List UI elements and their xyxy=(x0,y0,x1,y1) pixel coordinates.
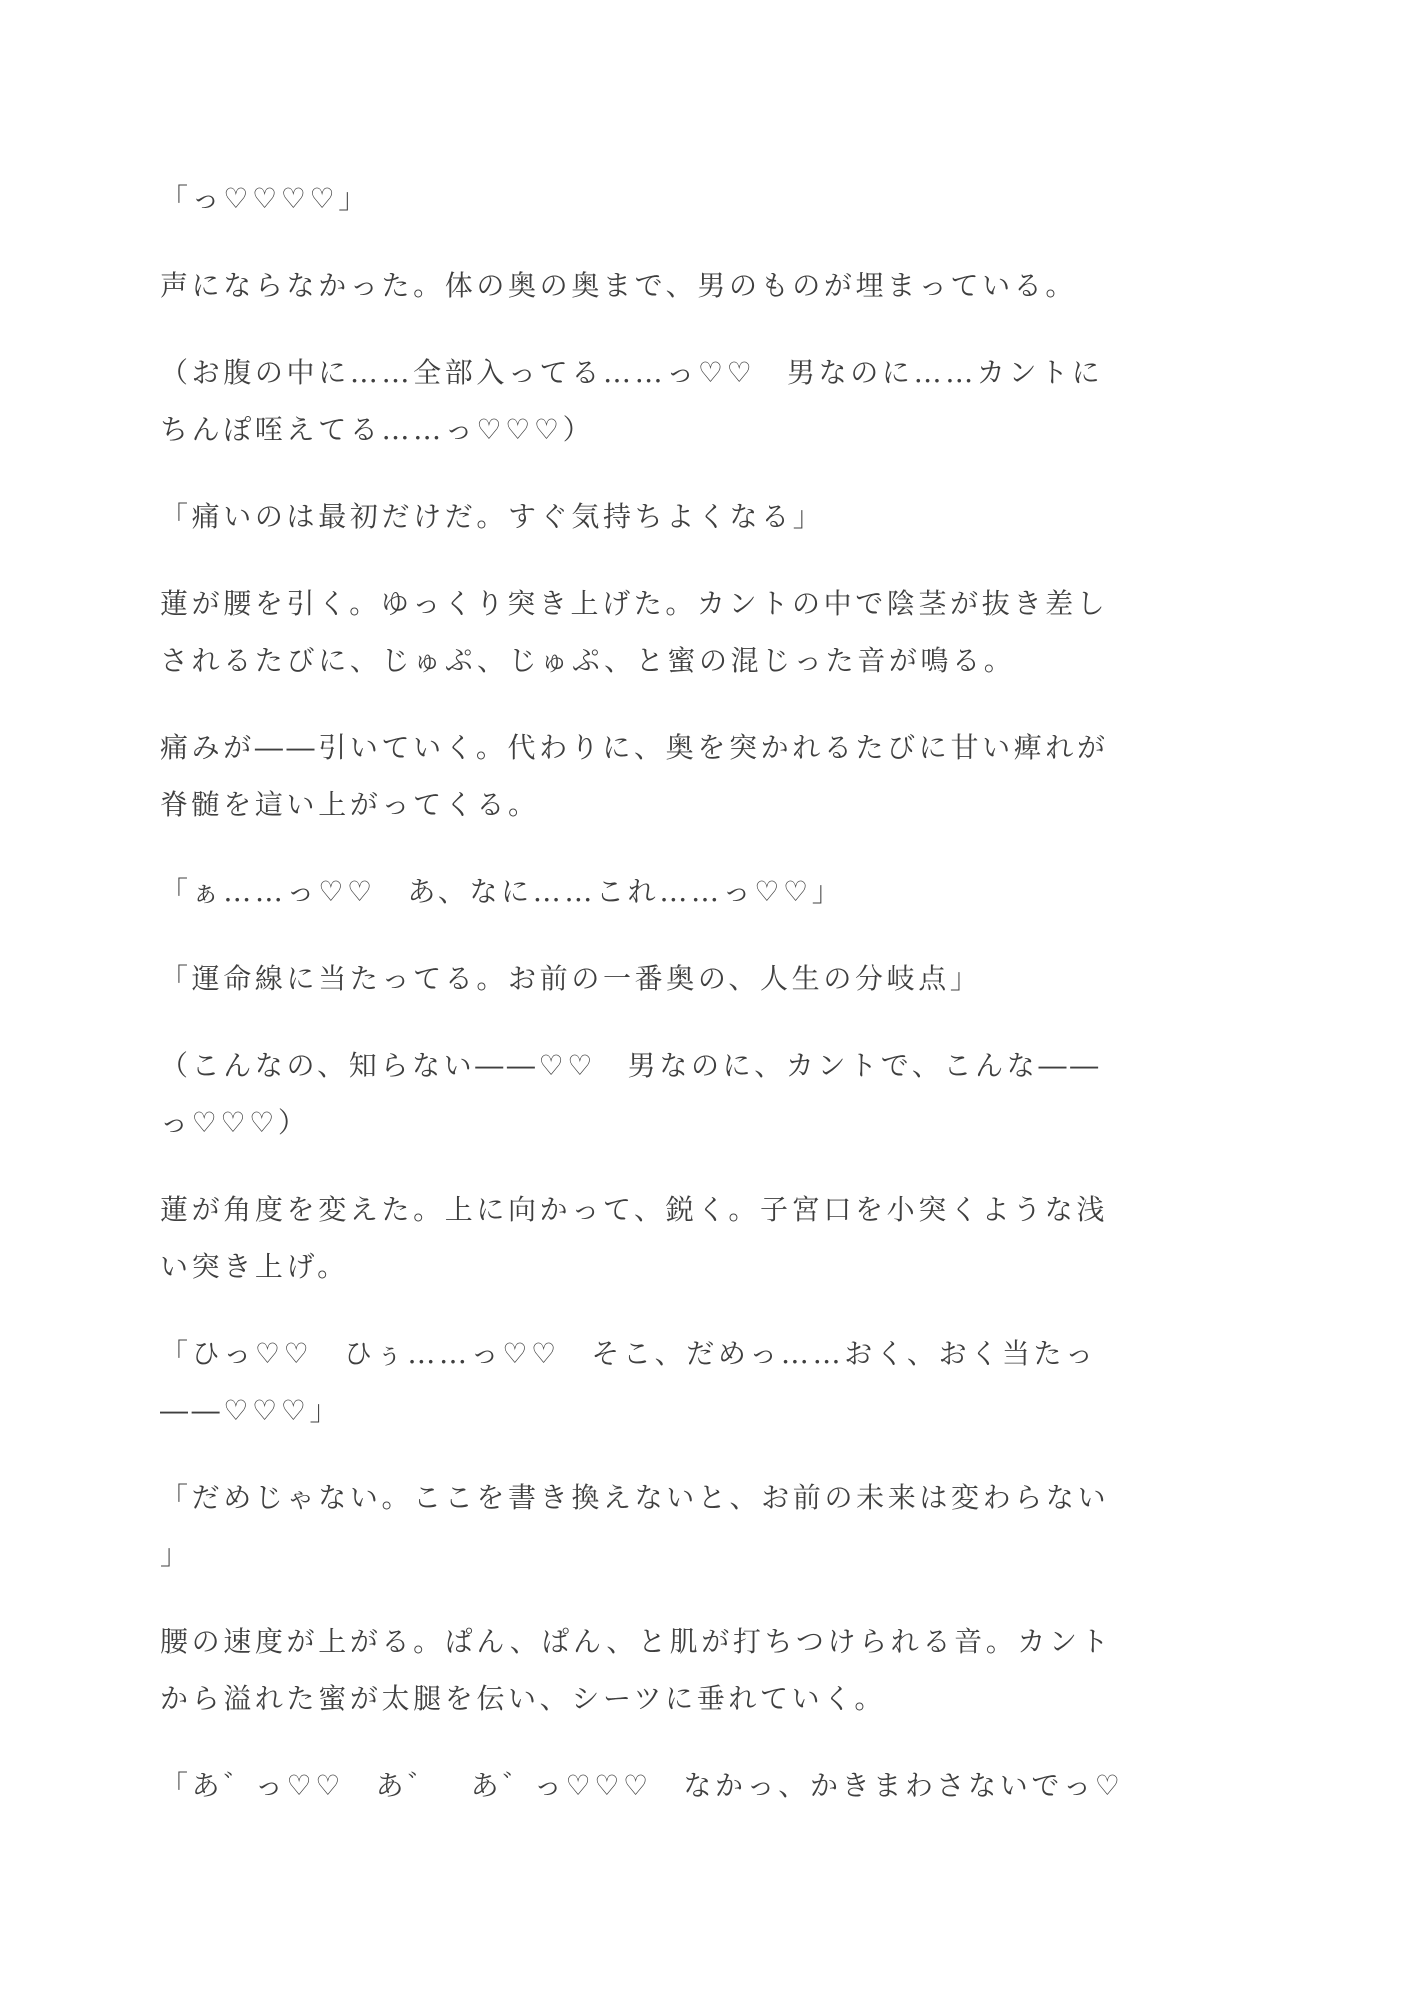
paragraph-2: 声にならなかった。体の奥の奥まで、男のものが埋まっている。 xyxy=(160,257,1355,314)
document-page: 「っ♡♡♡♡」 声にならなかった。体の奥の奥まで、男のものが埋まっている。 （お… xyxy=(0,0,1415,2000)
paragraph-9: （こんなの、知らない――♡♡ 男なのに、カントで、こんな―― っ♡♡♡） xyxy=(160,1037,1355,1151)
paragraph-8: 「運命線に当たってる。お前の一番奥の、人生の分岐点」 xyxy=(160,950,1355,1007)
paragraph-11: 「ひっ♡♡ ひぅ……っ♡♡ そこ、だめっ……おく、おく当たっ ――♡♡♡」 xyxy=(160,1325,1355,1439)
paragraph-10: 蓮が角度を変えた。上に向かって、鋭く。子宮口を小突くような浅 い突き上げ。 xyxy=(160,1181,1355,1295)
paragraph-3: （お腹の中に……全部入ってる……っ♡♡ 男なのに……カントに ちんぽ咥えてる……… xyxy=(160,344,1355,458)
paragraph-7: 「ぁ……っ♡♡ あ、なに……これ……っ♡♡」 xyxy=(160,863,1355,920)
paragraph-14: 「あ゛っ♡♡ あ゛ あ゛っ♡♡♡ なかっ、かきまわさないでっ♡ xyxy=(160,1757,1355,1814)
paragraph-12: 「だめじゃない。ここを書き換えないと、お前の未来は変わらない 」 xyxy=(160,1469,1355,1583)
paragraph-4: 「痛いのは最初だけだ。すぐ気持ちよくなる」 xyxy=(160,488,1355,545)
paragraph-6: 痛みが――引いていく。代わりに、奥を突かれるたびに甘い痺れが 脊髄を這い上がって… xyxy=(160,719,1355,833)
paragraph-13: 腰の速度が上がる。ぱん、ぱん、と肌が打ちつけられる音。カント から溢れた蜜が太腿… xyxy=(160,1613,1355,1727)
paragraph-5: 蓮が腰を引く。ゆっくり突き上げた。カントの中で陰茎が抜き差し されるたびに、じゅ… xyxy=(160,575,1355,689)
text-content: 「っ♡♡♡♡」 声にならなかった。体の奥の奥まで、男のものが埋まっている。 （お… xyxy=(160,170,1355,1844)
paragraph-1: 「っ♡♡♡♡」 xyxy=(160,170,1355,227)
